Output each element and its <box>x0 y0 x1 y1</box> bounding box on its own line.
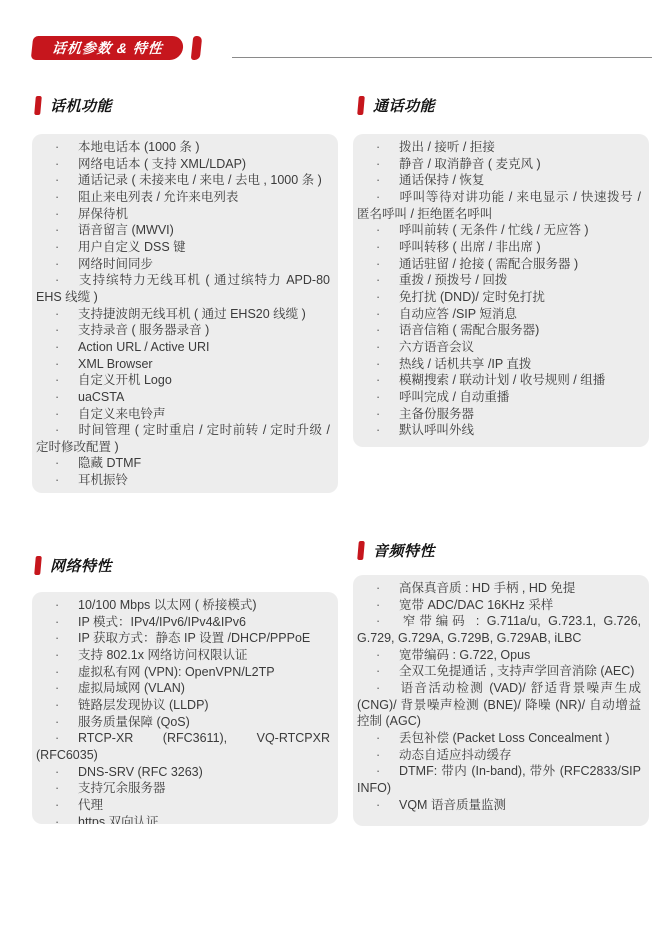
feature-item-text: 宽带 ADC/DAC 16KHz 采样 <box>399 598 553 612</box>
feature-item-text: 用户自定义 DSS 键 <box>78 240 186 254</box>
bullet-icon: · <box>55 356 78 373</box>
page-title-badge: 话机参数 & 特性 <box>31 36 184 60</box>
feature-item-text: XML Browser <box>78 357 153 371</box>
bullet-icon: · <box>376 272 399 289</box>
feature-item: ·默认呼叫外线 <box>357 422 641 439</box>
feature-item-text: 网络时间同步 <box>78 257 153 271</box>
bullet-icon: · <box>376 172 399 189</box>
bullet-icon: · <box>376 406 399 423</box>
feature-item: ·代理 <box>36 797 330 814</box>
feature-item-text: 耳机振铃 <box>78 473 128 487</box>
section-title: 通话功能 <box>373 95 435 116</box>
feature-item-text: 链路层发现协议 (LLDP) <box>78 698 209 712</box>
feature-item: ·宽带编码 : G.722, Opus <box>357 647 641 664</box>
bullet-icon: · <box>55 730 78 747</box>
bullet-icon: · <box>55 239 78 256</box>
feature-item-text: 全双工免提通话 , 支持声学回音消除 (AEC) <box>399 664 634 678</box>
feature-item: ·呼叫完成 / 自动重播 <box>357 389 641 406</box>
feature-item: ·全双工免提通话 , 支持声学回音消除 (AEC) <box>357 663 641 680</box>
feature-item: ·支持录音 ( 服务器录音 ) <box>36 322 330 339</box>
feature-item: ·虚拟私有网 (VPN): OpenVPN/L2TP <box>36 664 330 681</box>
bullet-icon: · <box>376 256 399 273</box>
bullet-icon: · <box>376 356 399 373</box>
feature-item-text: 默认呼叫外线 <box>399 423 474 437</box>
bullet-icon: · <box>376 339 399 356</box>
bullet-icon: · <box>55 697 78 714</box>
feature-item: ·呼叫转移 ( 出席 / 非出席 ) <box>357 239 641 256</box>
bullet-icon: · <box>55 764 78 781</box>
feature-item-text: 呼叫前转 ( 无条件 / 忙线 / 无应答 ) <box>399 223 589 237</box>
feature-item-text: 通话驻留 / 抢接 ( 需配合服务器 ) <box>399 257 578 271</box>
feature-item: ·自动应答 /SIP 短消息 <box>357 306 641 323</box>
bullet-icon: · <box>376 763 399 780</box>
feature-item: ·呼叫等待对讲功能 / 来电显示 / 快速拨号 / 匿名呼叫 / 拒绝匿名呼叫 <box>357 189 641 222</box>
feature-item-text: 通话保持 / 恢复 <box>399 173 484 187</box>
section-header-call-features: 通话功能 <box>358 95 435 115</box>
feature-item-text: 支持缤特力无线耳机 ( 通过缤特力 APD-80 EHS 线缆 ) <box>36 273 330 304</box>
bullet-icon: · <box>376 730 399 747</box>
bullet-icon: · <box>376 322 399 339</box>
feature-item: ·IP 模式：IPv4/IPv6/IPv4&IPv6 <box>36 614 330 631</box>
bullet-icon: · <box>376 222 399 239</box>
feature-item: ·热线 / 话机共享 /IP 直拨 <box>357 356 641 373</box>
feature-item-text: 网络电话本 ( 支持 XML/LDAP) <box>78 157 246 171</box>
feature-item-text: IP 模式：IPv4/IPv6/IPv4&IPv6 <box>78 615 246 629</box>
bullet-icon: · <box>55 597 78 614</box>
feature-item: ·10/100 Mbps 以太网 ( 桥接模式) <box>36 597 330 614</box>
bullet-icon: · <box>55 664 78 681</box>
feature-item-text: 窄带编码 : G.711a/u, G.723.1, G.726, G.729, … <box>357 614 641 645</box>
section-header-audio-features: 音频特性 <box>358 540 435 560</box>
bullet-icon: · <box>376 372 399 389</box>
feature-item: ·通话记录 ( 未接来电 / 来电 / 去电 , 1000 条 ) <box>36 172 330 189</box>
bullet-icon: · <box>376 189 399 206</box>
feature-item: ·免打扰 (DND)/ 定时免打扰 <box>357 289 641 306</box>
feature-item: ·语音信箱 ( 需配合服务器) <box>357 322 641 339</box>
feature-item: ·uaCSTA <box>36 389 330 406</box>
feature-list-network: ·10/100 Mbps 以太网 ( 桥接模式) ·IP 模式：IPv4/IPv… <box>32 592 338 824</box>
section-title: 音频特性 <box>373 540 435 561</box>
bullet-icon: · <box>55 714 78 731</box>
feature-list-phone: ·本地电话本 (1000 条 ) ·网络电话本 ( 支持 XML/LDAP) ·… <box>32 134 338 493</box>
bullet-icon: · <box>55 647 78 664</box>
feature-item-text: 自定义开机 Logo <box>78 373 172 387</box>
bullet-icon: · <box>55 780 78 797</box>
feature-item-text: 虚拟局域网 (VLAN) <box>78 681 185 695</box>
bullet-icon: · <box>55 422 78 439</box>
feature-item-text: 语音留言 (MWVI) <box>78 223 174 237</box>
bullet-icon: · <box>55 206 78 223</box>
bullet-icon: · <box>376 680 399 697</box>
feature-item-text: 支持 802.1x 网络访问权限认证 <box>78 648 247 662</box>
feature-item: ·主备份服务器 <box>357 406 641 423</box>
feature-item: ·服务质量保障 (QoS) <box>36 714 330 731</box>
bullet-icon: · <box>55 222 78 239</box>
feature-item-text: 支持冗余服务器 <box>78 781 166 795</box>
bullet-icon: · <box>55 472 78 489</box>
bullet-icon: · <box>376 580 399 597</box>
bullet-icon: · <box>376 747 399 764</box>
feature-item: ·高保真音质 : HD 手柄 , HD 免提 <box>357 580 641 597</box>
bullet-icon: · <box>376 139 399 156</box>
bullet-icon: · <box>376 647 399 664</box>
bullet-icon: · <box>55 389 78 406</box>
header-divider <box>232 57 652 58</box>
feature-item: ·用户自定义 DSS 键 <box>36 239 330 256</box>
bullet-icon: · <box>55 256 78 273</box>
feature-item: ·RTCP-XR (RFC3611), VQ-RTCPXR (RFC6035) <box>36 730 330 763</box>
bullet-icon: · <box>376 156 399 173</box>
feature-item-text: 六方语音会议 <box>399 340 474 354</box>
feature-item-text: VQM 语音质量监测 <box>399 798 506 812</box>
bullet-icon: · <box>376 306 399 323</box>
feature-item-text: IP 获取方式：静态 IP 设置 /DHCP/PPPoE <box>78 631 310 645</box>
bullet-icon: · <box>376 289 399 306</box>
bullet-icon: · <box>55 455 78 472</box>
spec-sheet-page: 话机参数 & 特性 话机功能 ·本地电话本 (1000 条 ) ·网络电话本 (… <box>0 0 672 932</box>
feature-item: ·支持缤特力无线耳机 ( 通过缤特力 APD-80 EHS 线缆 ) <box>36 272 330 305</box>
bullet-icon: · <box>55 156 78 173</box>
feature-item: ·语音活动检测 (VAD)/ 舒适背景噪声生成 (CNG)/ 背景噪声检测 (B… <box>357 680 641 730</box>
bullet-icon: · <box>55 680 78 697</box>
bullet-icon: · <box>55 139 78 156</box>
bullet-icon: · <box>55 189 78 206</box>
section-header-network-features: 网络特性 <box>35 555 112 575</box>
feature-item-text: 主备份服务器 <box>399 407 474 421</box>
feature-item: ·IP 获取方式：静态 IP 设置 /DHCP/PPPoE <box>36 630 330 647</box>
feature-item: ·耳机振铃 <box>36 472 330 489</box>
feature-item: ·支持 802.1x 网络访问权限认证 <box>36 647 330 664</box>
feature-item-text: 重拨 / 预拨号 / 回拨 <box>399 273 507 287</box>
feature-item-text: 热线 / 话机共享 /IP 直拨 <box>399 357 531 371</box>
feature-item: ·六方语音会议 <box>357 339 641 356</box>
bullet-icon: · <box>376 797 399 814</box>
feature-item: ·动态自适应抖动缓存 <box>357 747 641 764</box>
title-accent-bar-icon <box>191 36 203 60</box>
feature-item-text: 阻止来电列表 / 允许来电列表 <box>78 190 238 204</box>
feature-item-text: 呼叫完成 / 自动重播 <box>399 390 509 404</box>
feature-item: ·丢包补偿 (Packet Loss Concealment ) <box>357 730 641 747</box>
feature-list-audio: ·高保真音质 : HD 手柄 , HD 免提 ·宽带 ADC/DAC 16KHz… <box>353 575 649 826</box>
feature-item-text: 隐藏 DTMF <box>78 456 141 470</box>
bullet-icon: · <box>55 630 78 647</box>
feature-item: ·DNS-SRV (RFC 3263) <box>36 764 330 781</box>
page-title: 话机参数 & 特性 <box>51 38 164 58</box>
feature-item-text: 宽带编码 : G.722, Opus <box>399 648 530 662</box>
feature-item-text: 通话记录 ( 未接来电 / 来电 / 去电 , 1000 条 ) <box>78 173 322 187</box>
feature-item-text: 静音 / 取消静音 ( 麦克风 ) <box>399 157 541 171</box>
feature-item-text: https 双向认证 <box>78 815 159 824</box>
feature-item-text: 呼叫等待对讲功能 / 来电显示 / 快速拨号 / 匿名呼叫 / 拒绝匿名呼叫 <box>357 190 641 221</box>
feature-item-text: RTCP-XR (RFC3611), VQ-RTCPXR (RFC6035) <box>36 731 330 762</box>
bullet-icon: · <box>55 172 78 189</box>
section-accent-bar-icon <box>357 541 365 560</box>
section-accent-bar-icon <box>357 96 365 115</box>
feature-item-text: 时间管理 ( 定时重启 / 定时前转 / 定时升级 / 定时修改配置 ) <box>36 423 330 454</box>
feature-item: ·DTMF: 带内 (In-band), 带外 (RFC2833/SIP INF… <box>357 763 641 796</box>
bullet-icon: · <box>55 306 78 323</box>
bullet-icon: · <box>376 663 399 680</box>
feature-item: ·VQM 语音质量监测 <box>357 797 641 814</box>
bullet-icon: · <box>376 597 399 614</box>
feature-item: ·模糊搜索 / 联动计划 / 收号规则 / 组播 <box>357 372 641 389</box>
feature-item: ·拨出 / 接听 / 拒接 <box>357 139 641 156</box>
feature-item-text: 虚拟私有网 (VPN): OpenVPN/L2TP <box>78 665 275 679</box>
feature-item-text: 服务质量保障 (QoS) <box>78 715 190 729</box>
feature-item-text: 支持录音 ( 服务器录音 ) <box>78 323 209 337</box>
feature-item: ·窄带编码 : G.711a/u, G.723.1, G.726, G.729,… <box>357 613 641 646</box>
feature-item: ·支持捷波朗无线耳机 ( 通过 EHS20 线缆 ) <box>36 306 330 323</box>
feature-item: ·自定义来电铃声 <box>36 406 330 423</box>
bullet-icon: · <box>55 322 78 339</box>
bullet-icon: · <box>376 389 399 406</box>
feature-item: ·通话驻留 / 抢接 ( 需配合服务器 ) <box>357 256 641 273</box>
feature-item: ·宽带 ADC/DAC 16KHz 采样 <box>357 597 641 614</box>
feature-item: ·屏保待机 <box>36 206 330 223</box>
section-title: 话机功能 <box>50 95 112 116</box>
feature-item-text: 支持捷波朗无线耳机 ( 通过 EHS20 线缆 ) <box>78 307 306 321</box>
feature-item: ·Action URL / Active URI <box>36 339 330 356</box>
feature-item-text: 语音活动检测 (VAD)/ 舒适背景噪声生成 (CNG)/ 背景噪声检测 (BN… <box>357 681 641 728</box>
feature-item-text: 本地电话本 (1000 条 ) <box>78 140 200 154</box>
feature-item-text: 拨出 / 接听 / 拒接 <box>399 140 495 154</box>
bullet-icon: · <box>55 406 78 423</box>
feature-item-text: 呼叫转移 ( 出席 / 非出席 ) <box>399 240 541 254</box>
bullet-icon: · <box>55 614 78 631</box>
feature-item-text: 自定义来电铃声 <box>78 407 166 421</box>
feature-item: ·通话保持 / 恢复 <box>357 172 641 189</box>
feature-item: ·XML Browser <box>36 356 330 373</box>
feature-item-text: uaCSTA <box>78 390 124 404</box>
section-title: 网络特性 <box>50 555 112 576</box>
feature-item-text: 丢包补偿 (Packet Loss Concealment ) <box>399 731 610 745</box>
bullet-icon: · <box>55 814 78 824</box>
feature-item-text: 10/100 Mbps 以太网 ( 桥接模式) <box>78 598 257 612</box>
feature-item: ·语音留言 (MWVI) <box>36 222 330 239</box>
feature-item: ·支持冗余服务器 <box>36 780 330 797</box>
bullet-icon: · <box>376 239 399 256</box>
feature-item-text: 模糊搜索 / 联动计划 / 收号规则 / 组播 <box>399 373 605 387</box>
section-accent-bar-icon <box>34 96 42 115</box>
feature-item-text: 代理 <box>78 798 103 812</box>
feature-item: ·阻止来电列表 / 允许来电列表 <box>36 189 330 206</box>
feature-item-text: 高保真音质 : HD 手柄 , HD 免提 <box>399 581 575 595</box>
feature-item: ·隐藏 DTMF <box>36 455 330 472</box>
section-accent-bar-icon <box>34 556 42 575</box>
bullet-icon: · <box>55 372 78 389</box>
feature-item: ·本地电话本 (1000 条 ) <box>36 139 330 156</box>
bullet-icon: · <box>376 422 399 439</box>
page-header: 话机参数 & 特性 <box>32 36 201 60</box>
section-header-phone-features: 话机功能 <box>35 95 112 115</box>
bullet-icon: · <box>376 613 399 630</box>
feature-item: ·网络时间同步 <box>36 256 330 273</box>
feature-item-text: 语音信箱 ( 需配合服务器) <box>399 323 539 337</box>
feature-item: ·静音 / 取消静音 ( 麦克风 ) <box>357 156 641 173</box>
feature-item-text: 动态自适应抖动缓存 <box>399 748 512 762</box>
feature-item-text: 屏保待机 <box>78 207 128 221</box>
feature-item: ·虚拟局域网 (VLAN) <box>36 680 330 697</box>
feature-item-text: DNS-SRV (RFC 3263) <box>78 765 203 779</box>
feature-item-text: 自动应答 /SIP 短消息 <box>399 307 517 321</box>
feature-item: ·重拨 / 预拨号 / 回拨 <box>357 272 641 289</box>
feature-item: ·https 双向认证 <box>36 814 330 824</box>
feature-item: ·时间管理 ( 定时重启 / 定时前转 / 定时升级 / 定时修改配置 ) <box>36 422 330 455</box>
bullet-icon: · <box>55 797 78 814</box>
feature-item-text: 免打扰 (DND)/ 定时免打扰 <box>399 290 545 304</box>
feature-item: ·链路层发现协议 (LLDP) <box>36 697 330 714</box>
feature-item: ·网络电话本 ( 支持 XML/LDAP) <box>36 156 330 173</box>
bullet-icon: · <box>55 339 78 356</box>
feature-item-text: Action URL / Active URI <box>78 340 210 354</box>
feature-item-text: DTMF: 带内 (In-band), 带外 (RFC2833/SIP INFO… <box>357 764 641 795</box>
feature-list-call: ·拨出 / 接听 / 拒接 ·静音 / 取消静音 ( 麦克风 ) ·通话保持 /… <box>353 134 649 447</box>
feature-item: ·自定义开机 Logo <box>36 372 330 389</box>
feature-item: ·呼叫前转 ( 无条件 / 忙线 / 无应答 ) <box>357 222 641 239</box>
bullet-icon: · <box>55 272 78 289</box>
